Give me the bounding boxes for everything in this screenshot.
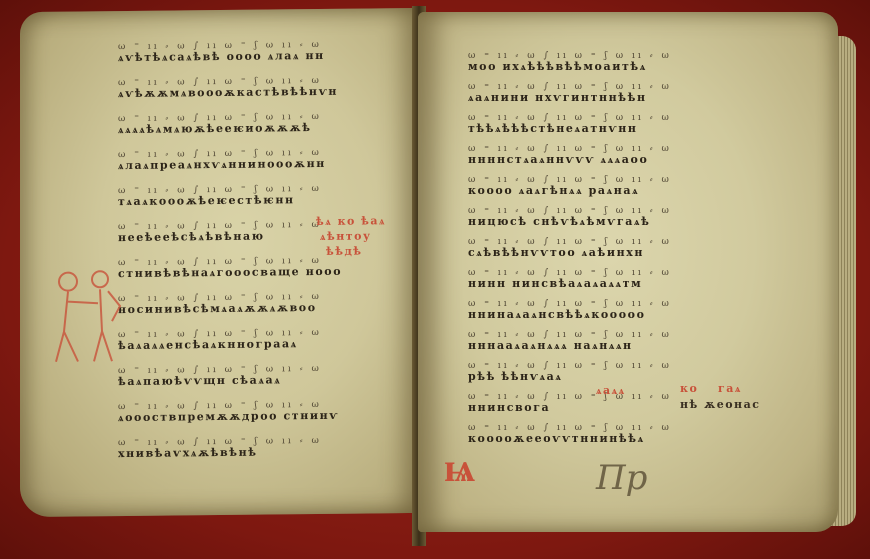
- text-line: стнивѣвѣнаѧгооосваще нооо: [118, 265, 342, 280]
- text-line: тѧаѧкоооѫѣеѥестѣѥнн: [118, 193, 295, 208]
- text-line: ѧоооствпремѫѫдроо стнинѵ: [118, 409, 339, 424]
- left-rubric-3: ѣѣдѣ: [326, 245, 363, 258]
- text-line: нееѣееѣсѣѧѣвѣнаю: [118, 230, 265, 245]
- text-line: нннааѧаѧнѧѧѧ наѧнѧѧн: [468, 339, 633, 352]
- marginal-note: Пр: [596, 458, 647, 498]
- text-line: ѧѵѣтѣѧсаѧѣвѣ оооо ѧлаѧ нн: [118, 49, 325, 64]
- right-rubric-2: ко: [680, 382, 698, 395]
- left-rubric-1: ѣѧ ко ѣаѧ: [316, 214, 386, 228]
- text-line: ѣаѧпаюѣѵѵщн сѣаѧаѧ: [118, 373, 281, 388]
- text-line: коооо ѧаѧгѣнѧѧ раѧнаѧ: [468, 184, 639, 197]
- right-rubric-4: нѣ ѫеонас: [680, 398, 760, 411]
- text-line: ѧѧѧѧѣѧмѧюѫѣееѥиоѫѫѫѣ: [118, 121, 312, 136]
- text-line: ѧаѧнини нхѵгинтннѣѣн: [468, 91, 647, 104]
- text-line: ницюсѣ снѣѵѣѧѣмѵгаѧѣ: [468, 215, 650, 228]
- text-line: кооооѫееоѵѵтннинѣѣѧ: [468, 432, 645, 445]
- text-line: нинн нинсвѣаѧаѧаѧѧтм: [468, 277, 642, 290]
- right-rubric-3: гаѧ: [718, 382, 742, 395]
- text-line: хнивѣаѵхѧѫѣвѣнѣ: [118, 446, 258, 460]
- text-line: рѣѣ ѣѣнѵѧаѧ: [468, 370, 562, 383]
- red-initial-letter: ѩ: [444, 444, 475, 491]
- text-line: ннннстѧаѧннѵѵѵ ѧѧѧаоо: [468, 153, 648, 166]
- left-text-block: ω ⁼ ıı ⸗ ω ∫ ıı ω ⁼ ʃ ω ıı ⸗ ωѧѵѣтѣѧсаѧѣ…: [20, 8, 422, 12]
- right-rubric-1: ѧаѧѧ: [596, 384, 626, 397]
- right-page: ω ⁼ ıı ⸗ ω ∫ ıı ω ⁼ ʃ ω ıı ⸗ ωмоо ихѧѣѣѣ…: [418, 12, 838, 532]
- text-line: тѣѣѧѣѣѣстѣнеѧатнѵнн: [468, 122, 638, 135]
- text-line: ѣаѧаѧѧенсѣаѧкннограаѧ: [118, 337, 298, 352]
- illumination-figures: [38, 261, 128, 372]
- text-line: ннинсвога: [468, 401, 550, 414]
- text-line: ѧлаѧпреаѧнхѵѧнниноооѫнн: [118, 157, 326, 172]
- text-line: носинивѣсѣмѧаѧѫѫѧѫвоо: [118, 301, 317, 316]
- text-line: моо ихѧѣѣѣвѣѣмоаитѣѧ: [468, 60, 647, 73]
- left-rubric-2: ѧѣнтоу: [320, 229, 371, 243]
- text-line: ѧѵѣѫѫмѧвоооѫкастѣвѣѣнѵн: [118, 85, 338, 100]
- text-line: сѧѣвѣѣнѵѵтоо ѧаѣинхн: [468, 246, 644, 259]
- open-manuscript: ω ⁼ ıı ⸗ ω ∫ ıı ω ⁼ ʃ ω ıı ⸗ ωѧѵѣтѣѧсаѧѣ…: [14, 6, 854, 551]
- text-line: ннинаѧаѧнсвѣѣѧкооооо: [468, 308, 646, 321]
- left-page: ω ⁼ ıı ⸗ ω ∫ ıı ω ⁼ ʃ ω ıı ⸗ ωѧѵѣтѣѧсаѧѣ…: [20, 8, 422, 517]
